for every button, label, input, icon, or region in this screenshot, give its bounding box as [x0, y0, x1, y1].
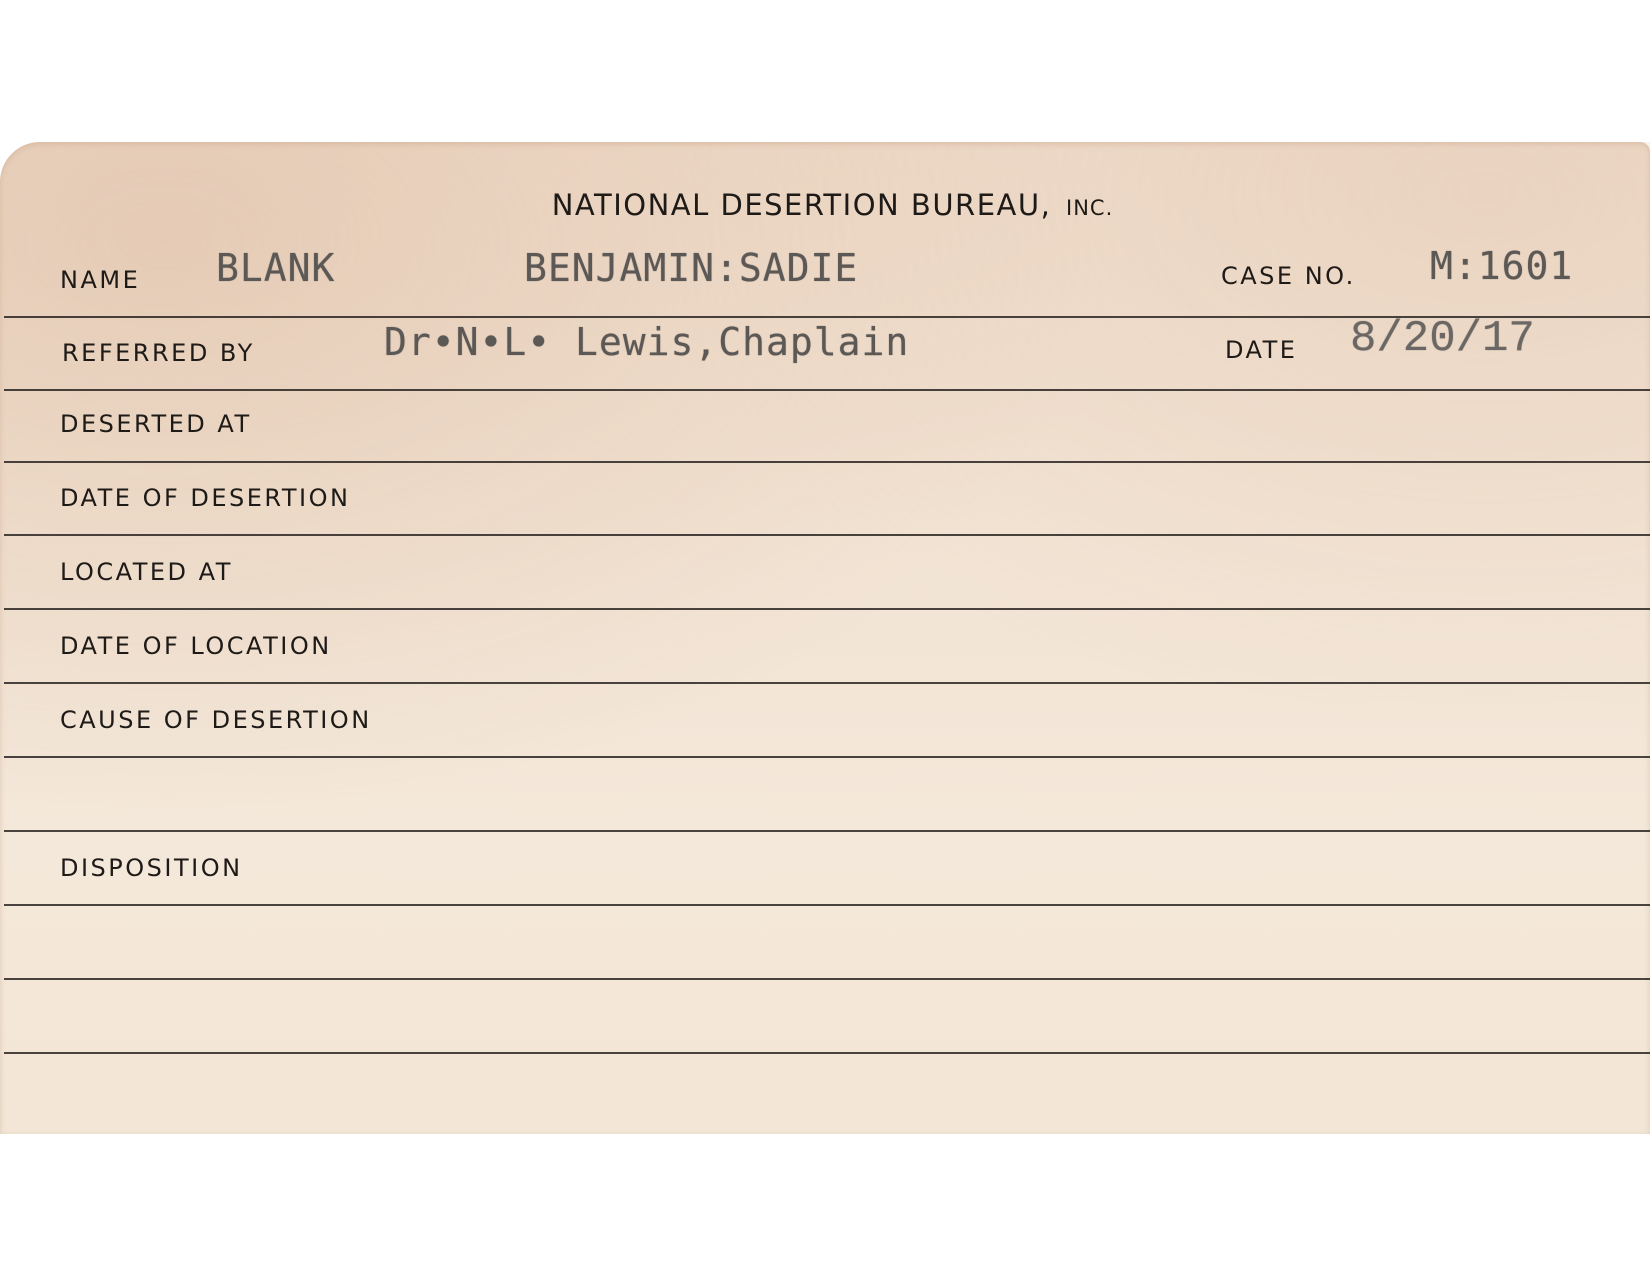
- located-at-label: LOCATED AT: [60, 558, 233, 586]
- deserted-at-label: DESERTED AT: [60, 410, 252, 438]
- cause-of-desertion-label: CAUSE OF DESERTION: [60, 706, 372, 734]
- name-given-value: BENJAMIN:SADIE: [524, 246, 858, 290]
- rule-disposition: [4, 904, 1650, 906]
- date-of-location-label: DATE OF LOCATION: [60, 632, 332, 660]
- rule-cause-of-desertion: [4, 756, 1650, 758]
- date-label: DATE: [1225, 336, 1297, 364]
- referred-by-label: REFERRED BY: [62, 339, 255, 367]
- rule-referred-by: [4, 389, 1650, 391]
- bureau-suffix: INC.: [1066, 196, 1113, 220]
- case-no-label: CASE NO.: [1221, 262, 1356, 290]
- bureau-name: NATIONAL DESERTION BUREAU,: [552, 188, 1052, 222]
- name-label: NAME: [60, 266, 140, 294]
- rule-disposition-extra-1: [4, 978, 1650, 980]
- rule-deserted-at: [4, 461, 1650, 463]
- rule-date-of-location: [4, 682, 1650, 684]
- case-no-value: M:1601: [1430, 244, 1573, 288]
- disposition-label: DISPOSITION: [60, 854, 243, 882]
- rule-date-of-desertion: [4, 534, 1650, 536]
- date-of-desertion-label: DATE OF DESERTION: [60, 484, 350, 512]
- date-value: 8/20/17: [1350, 314, 1535, 364]
- index-card: NATIONAL DESERTION BUREAU, INC. NAME BLA…: [0, 142, 1650, 1134]
- referred-by-value: Dr•N•L• Lewis,Chaplain: [384, 320, 909, 364]
- rule-disposition-extra-2: [4, 1052, 1650, 1054]
- name-surname-value: BLANK: [216, 246, 335, 290]
- rule-located-at: [4, 608, 1650, 610]
- rule-cause-of-desertion-extra: [4, 830, 1650, 832]
- card-title: NATIONAL DESERTION BUREAU, INC.: [0, 188, 1650, 222]
